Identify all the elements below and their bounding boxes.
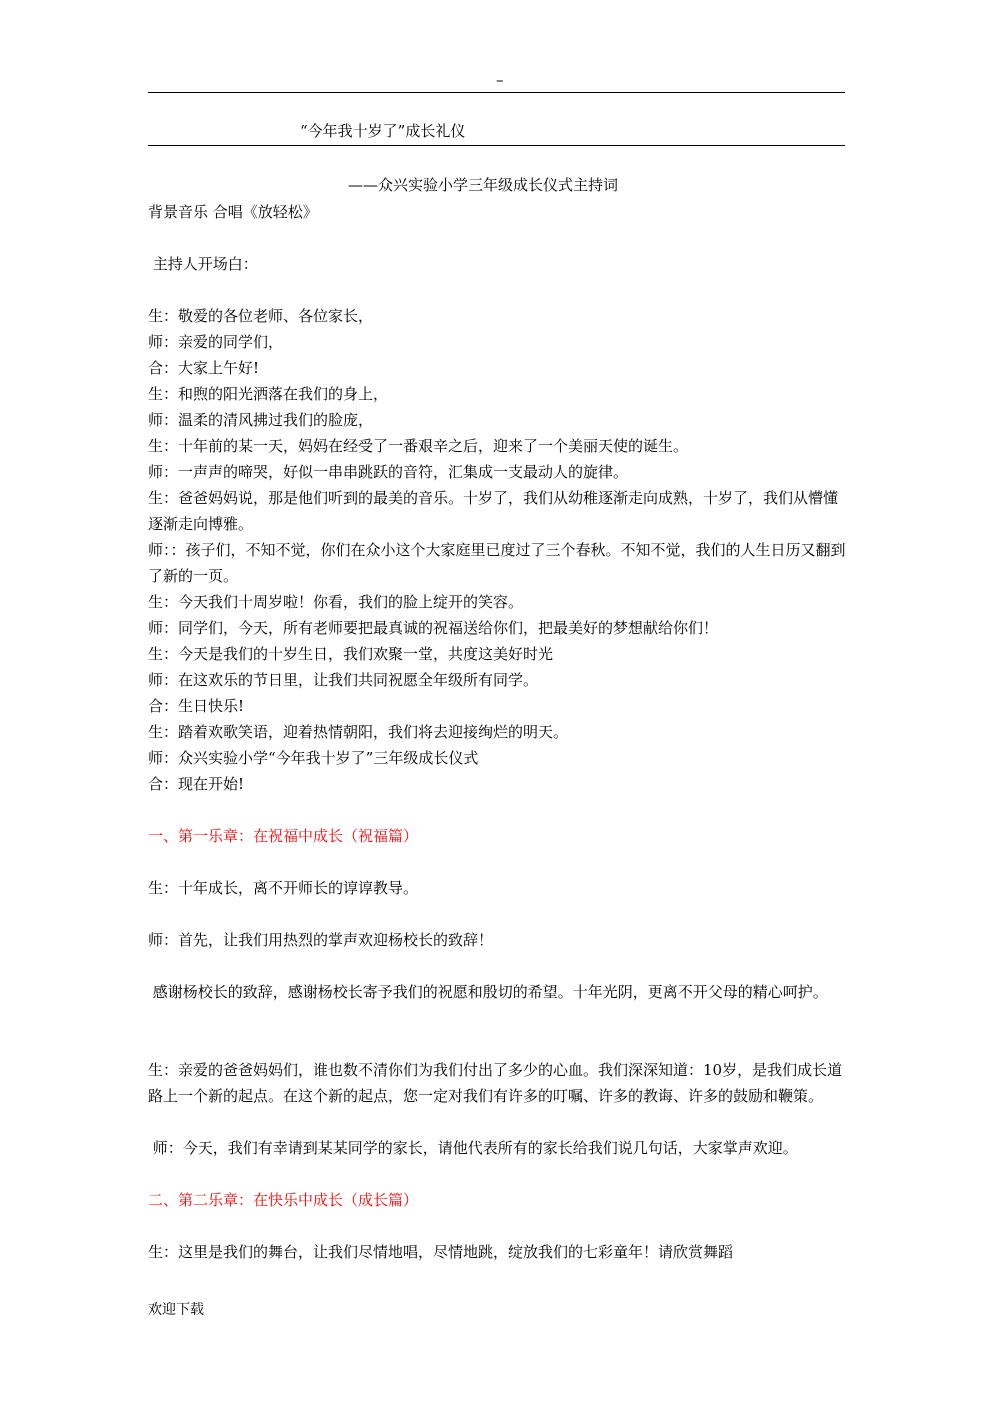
script-line: 生：爸爸妈妈说，那是他们听到的最美的音乐。十岁了，我们从幼稚逐渐走向成熟，十岁了… [148,485,848,537]
script-line: 感谢杨校长的致辞，感谢杨校长寄予我们的祝愿和殷切的希望。十年光阴，更离不开父母的… [148,979,848,1005]
script-line: 生：今天我们十周岁啦！你看，我们的脸上绽开的笑容。 [148,589,848,615]
script-line: 生：敬爱的各位老师、各位家长， [148,303,848,329]
header-rule-top [148,92,845,93]
script-line: 生：和煦的阳光洒落在我们的身上， [148,381,848,407]
script-line: 师：温柔的清风拂过我们的脸庞， [148,407,848,433]
script-line: 生：这里是我们的舞台，让我们尽情地唱，尽情地跳，绽放我们的七彩童年！请欣赏舞蹈 [148,1239,848,1265]
script-line: 师：首先，让我们用热烈的掌声欢迎杨校长的致辞！ [148,927,848,953]
script-line: 生：十年成长，离不开师长的谆谆教导。 [148,875,848,901]
script-line: 合：大家上午好! [148,355,848,381]
section-heading-growth: 二、第二乐章：在快乐中成长（成长篇） [148,1187,848,1213]
document-subtitle: ——众兴实验小学三年级成长仪式主持词 [348,175,618,195]
script-line: 师：同学们，今天，所有老师要把最真诚的祝福送给你们，把最美好的梦想献给你们！ [148,615,848,641]
script-line: 师：今天，我们有幸请到某某同学的家长，请他代表所有的家长给我们说几句话，大家掌声… [148,1135,848,1161]
script-line: 师：：孩子们，不知不觉，你们在众小这个大家庭里已度过了三个春秋。不知不觉，我们的… [148,537,848,589]
script-line: 生：踏着欢歌笑语，迎着热情朝阳，我们将去迎接绚烂的明天。 [148,719,848,745]
background-music: 背景音乐 合唱《放轻松》 [148,199,848,225]
footer-download-text: 欢迎下载 [148,1300,204,1320]
script-line: 生：今天是我们的十岁生日，我们欢聚一堂，共度这美好时光 [148,641,848,667]
section-heading-blessing: 一、第一乐章：在祝福中成长（祝福篇） [148,823,848,849]
script-line: 师：亲爱的同学们， [148,329,848,355]
opening-label: 主持人开场白： [148,251,848,277]
header-rule-bottom [148,145,845,146]
script-line: 师：在这欢乐的节日里，让我们共同祝愿全年级所有同学。 [148,667,848,693]
page-header-marker: – [496,70,504,90]
script-line: 生：亲爱的爸爸妈妈们，谁也数不清你们为我们付出了多少的心血。我们深深知道：10岁… [148,1057,848,1109]
script-line: 师：一声声的啼哭，好似一串串跳跃的音符，汇集成一支最动人的旋律。 [148,459,848,485]
script-line: 师：众兴实验小学“今年我十岁了”三年级成长仪式 [148,745,848,771]
document-title: “今年我十岁了”成长礼仪 [300,121,465,141]
script-line: 生：十年前的某一天，妈妈在经受了一番艰辛之后，迎来了一个美丽天使的诞生。 [148,433,848,459]
script-line: 合：生日快乐! [148,693,848,719]
script-line: 合：现在开始! [148,771,848,797]
